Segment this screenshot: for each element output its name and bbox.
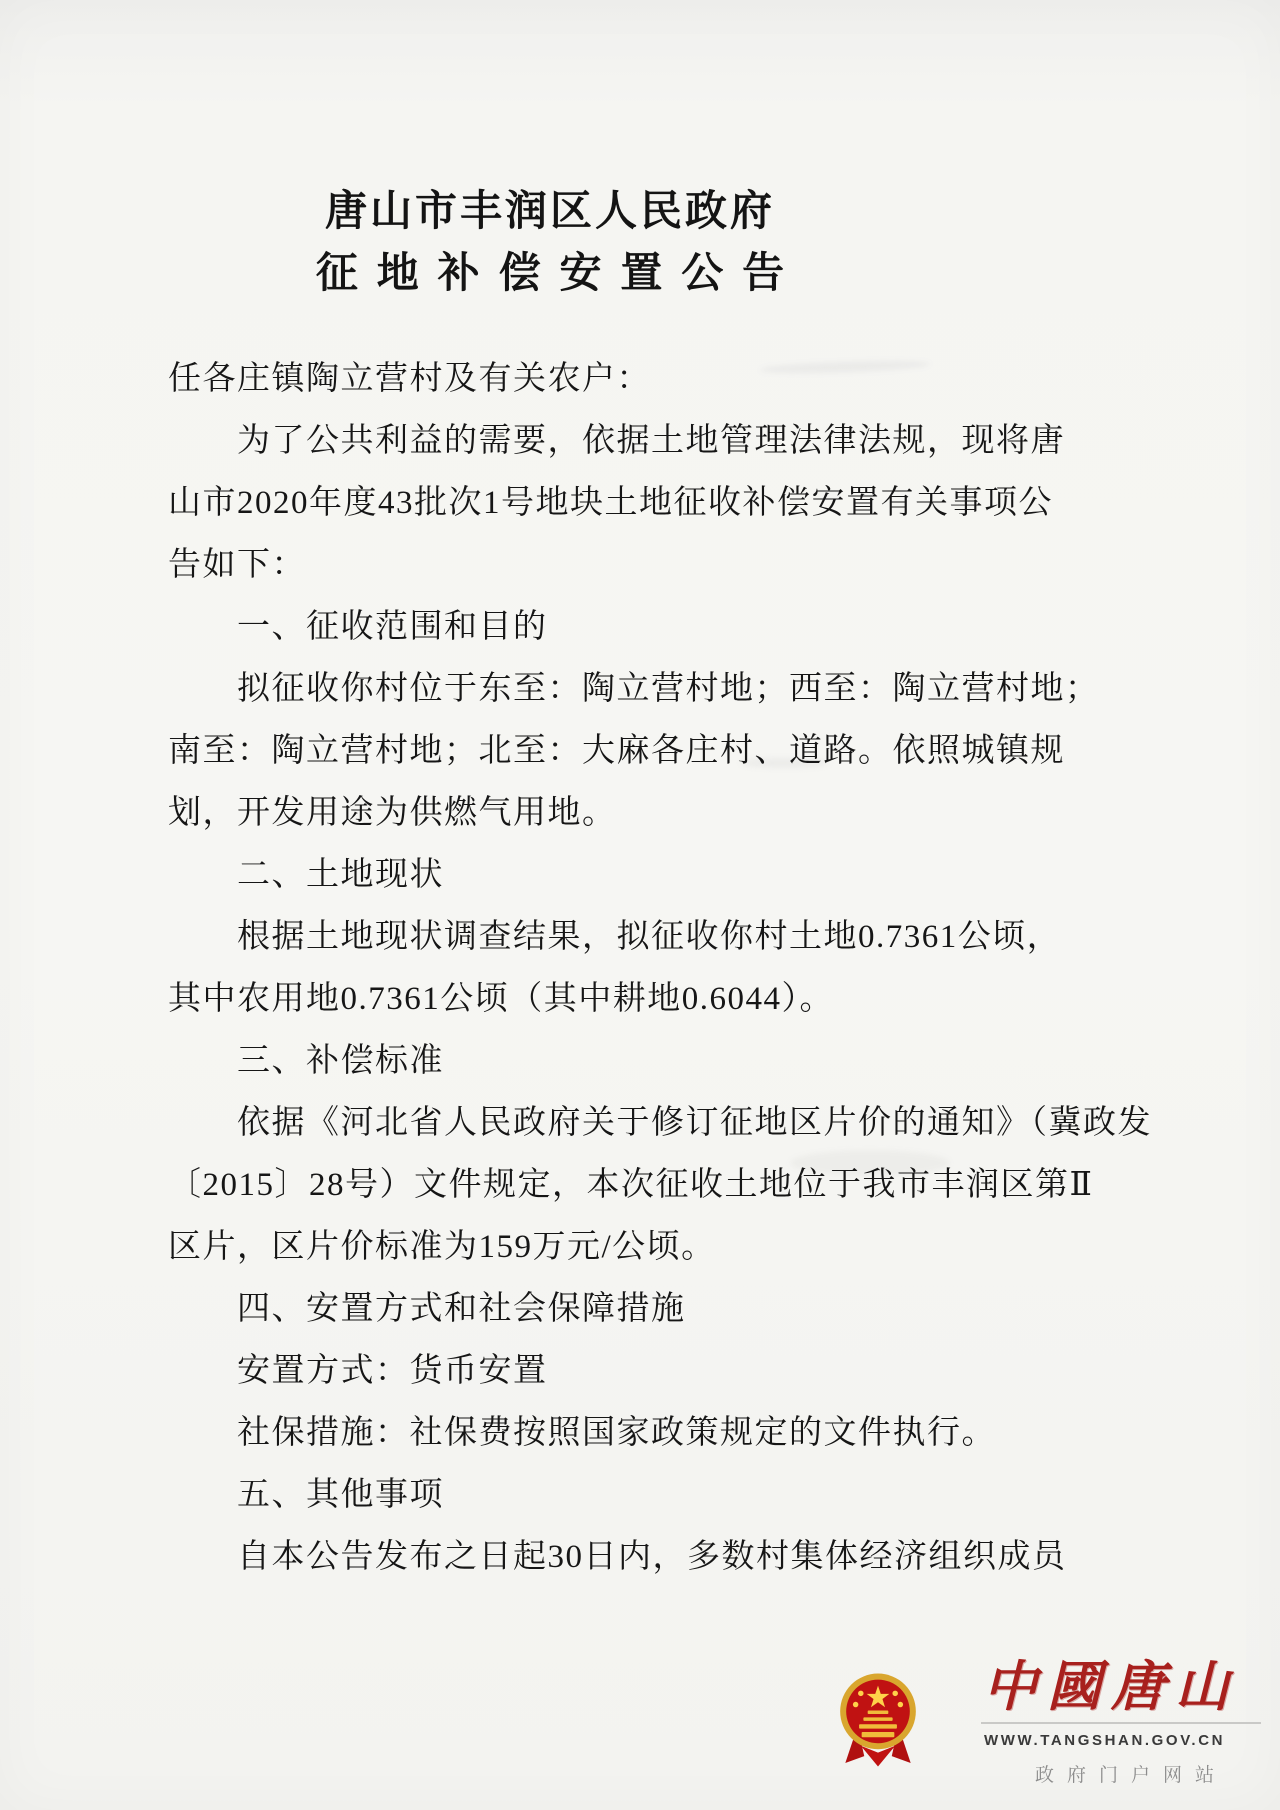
portal-subtitle: 政府门户网站 bbox=[1035, 1760, 1275, 1787]
body-line-section-4-heading: 四、安置方式和社会保障措施 bbox=[168, 1278, 1084, 1340]
brand-calligraphy: 中國唐山 bbox=[983, 1644, 1275, 1721]
body-line: 区片，区片价标准为159万元/公顷。 bbox=[168, 1216, 1084, 1278]
body-line: 划，开发用途为供燃气用地。 bbox=[168, 782, 1084, 844]
body-line: 根据土地现状调查结果，拟征收你村土地0.7361公顷， bbox=[168, 906, 1084, 968]
body-line: 其中农用地0.7361公顷（其中耕地0.6044）。 bbox=[168, 968, 1084, 1030]
document-title: 唐山市丰润区人民政府 征地补偿安置公告 bbox=[0, 183, 1100, 303]
body-line: 〔2015〕28号）文件规定，本次征收土地位于我市丰润区第Ⅱ bbox=[168, 1154, 1084, 1216]
brand-divider bbox=[981, 1722, 1261, 1724]
body-line-section-1-heading: 一、征收范围和目的 bbox=[168, 596, 1084, 658]
body-line: 拟征收你村位于东至：陶立营村地；西至：陶立营村地； bbox=[168, 658, 1084, 720]
body-line-section-3-heading: 三、补偿标准 bbox=[168, 1030, 1084, 1092]
document-body: 任各庄镇陶立营村及有关农户： 为了公共利益的需要，依据土地管理法律法规，现将唐 … bbox=[168, 348, 1084, 1588]
body-line: 告如下： bbox=[168, 534, 1084, 596]
body-line-section-5-heading: 五、其他事项 bbox=[168, 1464, 1084, 1526]
portal-url: WWW.TANGSHAN.GOV.CN bbox=[984, 1732, 1274, 1749]
body-line-section-2-heading: 二、土地现状 bbox=[168, 844, 1084, 906]
body-line: 南至：陶立营村地；北至：大麻各庄村、道路。依照城镇规 bbox=[168, 720, 1084, 782]
body-line: 安置方式：货币安置 bbox=[168, 1340, 1084, 1402]
scanned-document-page: 唐山市丰润区人民政府 征地补偿安置公告 任各庄镇陶立营村及有关农户： 为了公共利… bbox=[0, 0, 1280, 1810]
body-line-salutation: 任各庄镇陶立营村及有关农户： bbox=[168, 348, 1084, 410]
body-line: 为了公共利益的需要，依据土地管理法律法规，现将唐 bbox=[168, 410, 1084, 472]
tangshan-portal-logo: 中國唐山 WWW.TANGSHAN.GOV.CN 政府门户网站 bbox=[835, 1652, 1275, 1810]
body-line: 依据《河北省人民政府关于修订征地区片价的通知》（冀政发 bbox=[168, 1092, 1084, 1154]
body-line: 社保措施：社保费按照国家政策规定的文件执行。 bbox=[168, 1402, 1084, 1464]
body-line: 自本公告发布之日起30日内，多数村集体经济组织成员 bbox=[168, 1526, 1084, 1588]
title-issuer: 唐山市丰润区人民政府 bbox=[0, 183, 1100, 241]
national-emblem-icon bbox=[835, 1670, 921, 1770]
title-subject: 征地补偿安置公告 bbox=[0, 245, 1100, 303]
body-line: 山市2020年度43批次1号地块土地征收补偿安置有关事项公 bbox=[168, 472, 1084, 534]
